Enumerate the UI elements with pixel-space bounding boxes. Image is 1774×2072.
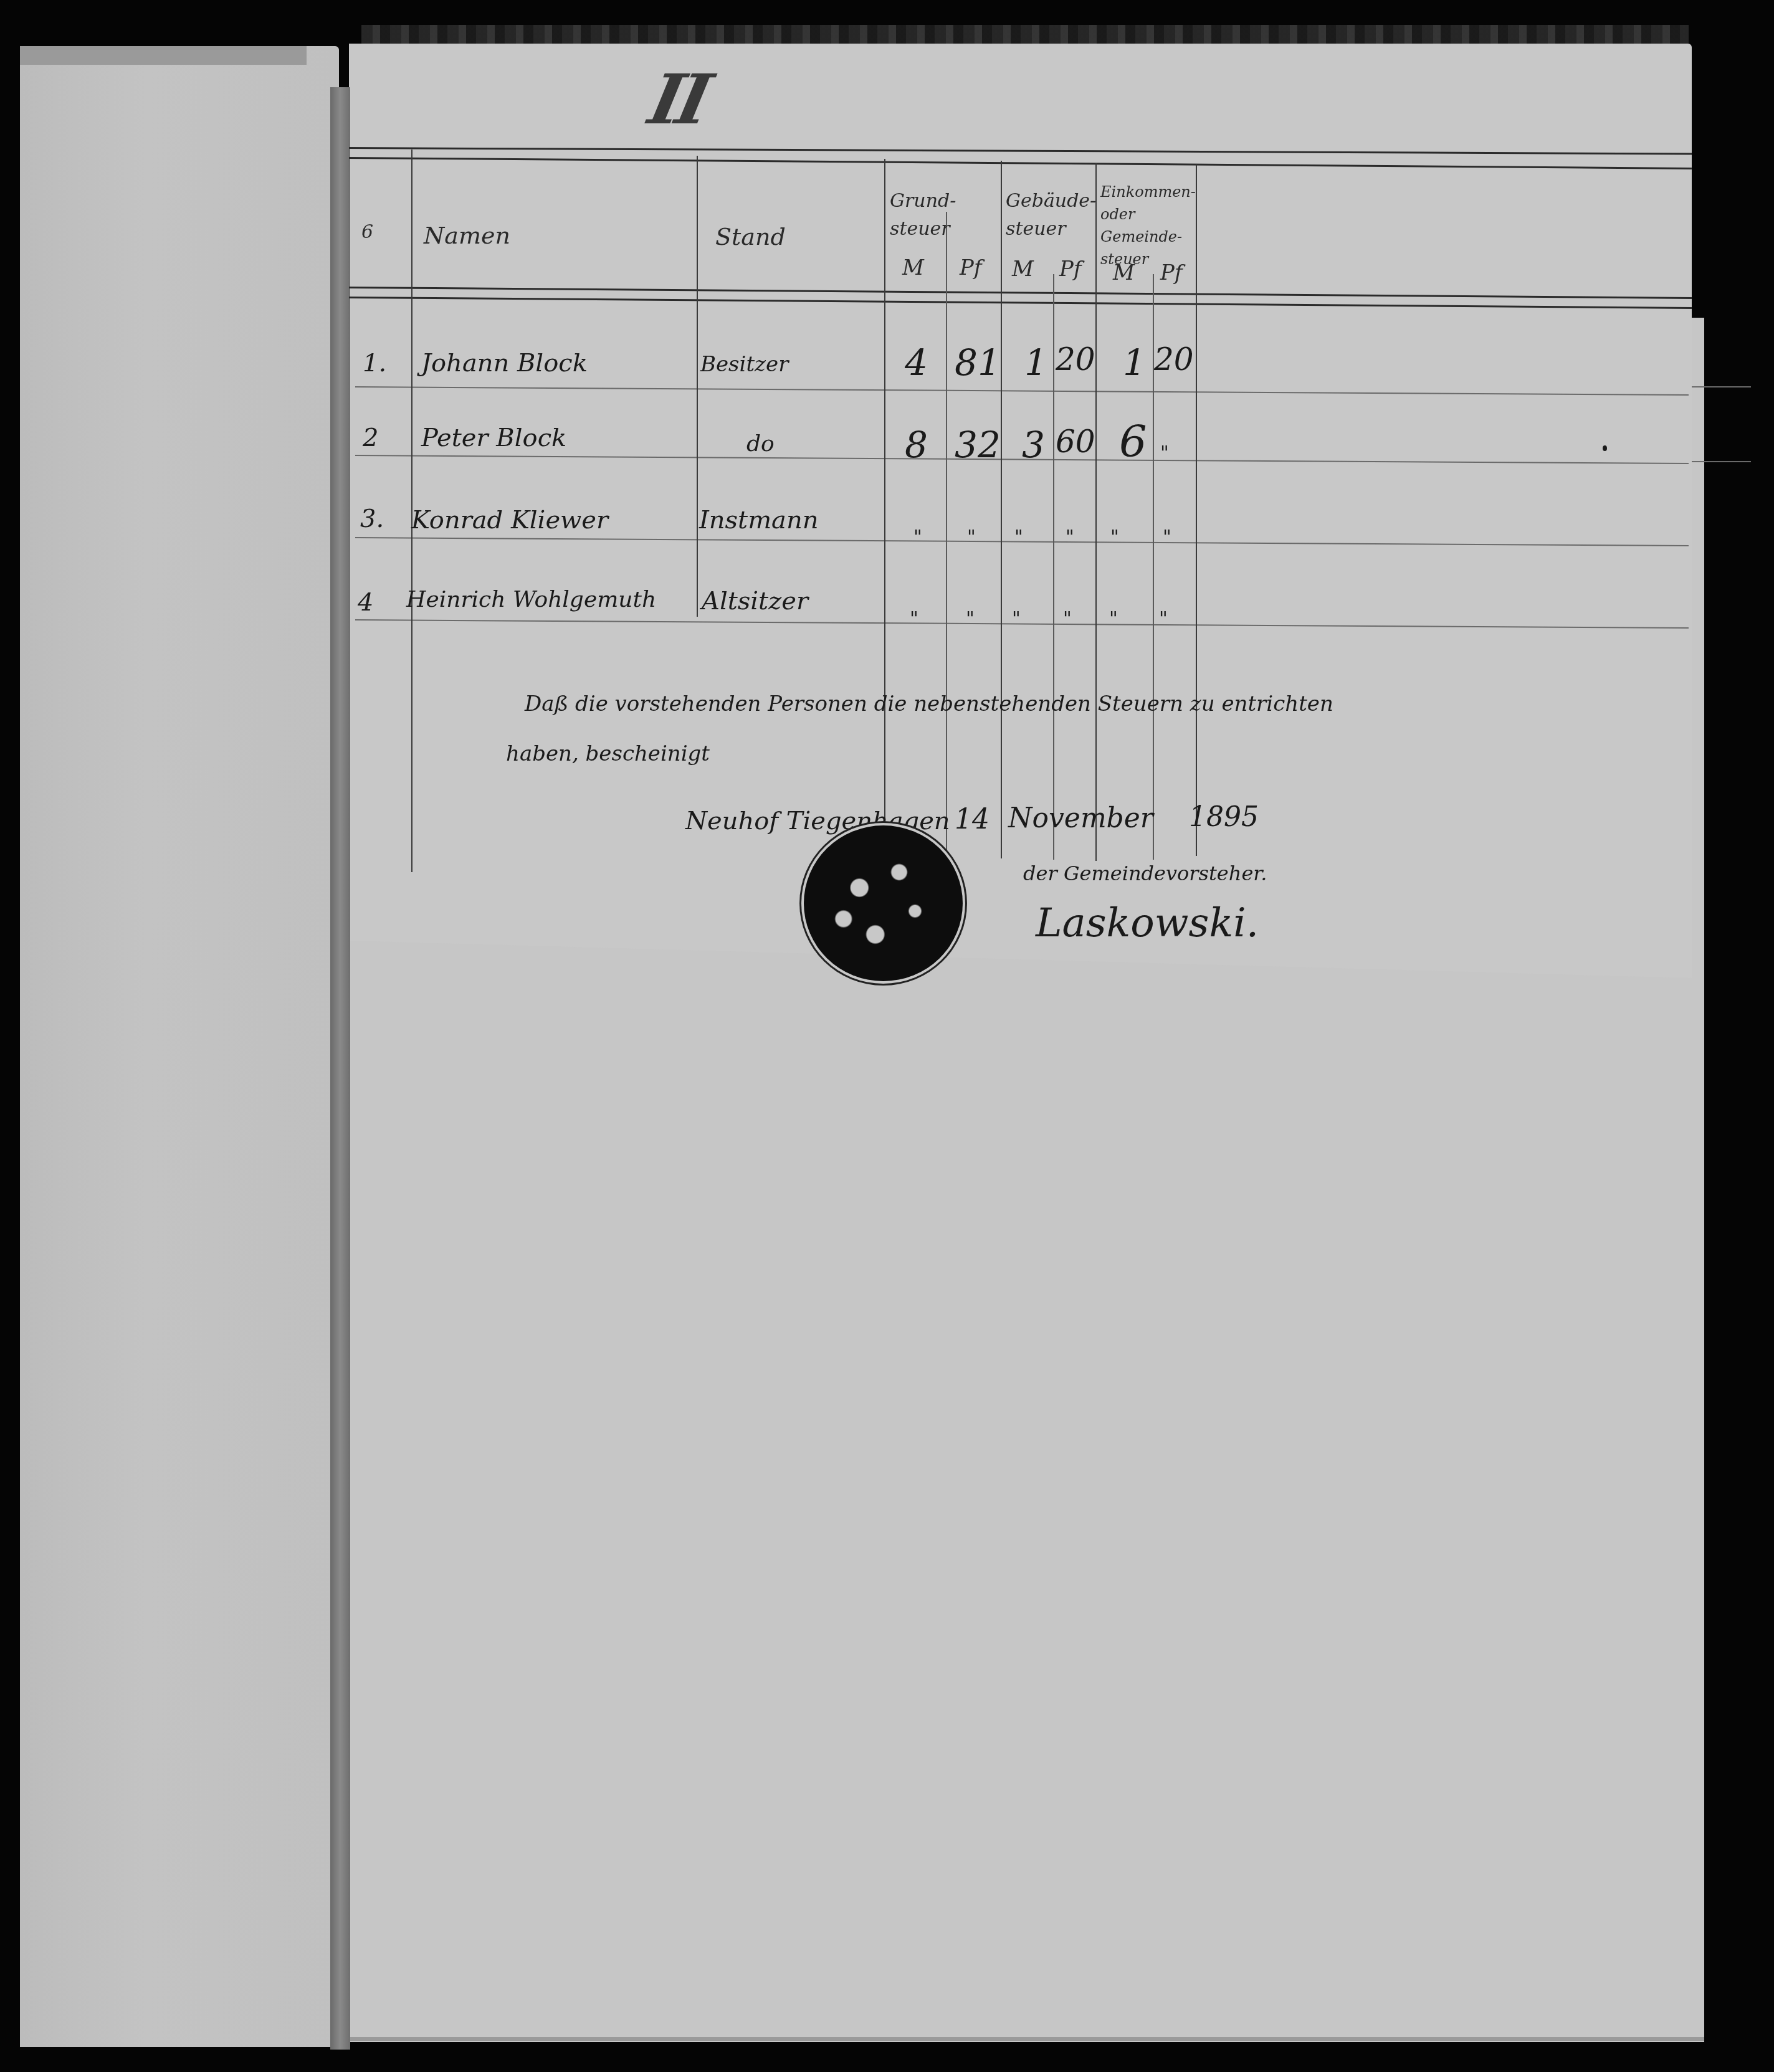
header-stand: Stand [715, 219, 786, 255]
row-geb-pf: 60 [1056, 424, 1095, 460]
row-grund-pf: 81 [955, 341, 1001, 384]
row-geb-pf: 20 [1056, 341, 1095, 378]
official-seal-stamp [804, 825, 963, 981]
row-name: Peter Block [421, 424, 566, 452]
row-name: Konrad Kliewer [411, 506, 608, 535]
row-eink-pf: " [1160, 442, 1169, 464]
row-stand: Besitzer [700, 352, 788, 377]
row-name: Heinrich Wohlgemuth [406, 587, 656, 612]
row-eink-m: " [1110, 526, 1119, 548]
header-grund-pfennig: Pf [960, 255, 981, 280]
row-eink-pf: 20 [1154, 341, 1194, 378]
date-month: November [1008, 802, 1153, 834]
column-rule-geb-sub [1053, 274, 1054, 860]
column-rule-name [697, 156, 698, 617]
header-eink-pfennig: Pf [1160, 260, 1182, 285]
header-eink-mark: M [1113, 260, 1135, 285]
date-year: 1895 [1189, 801, 1259, 833]
row-grund-pf: " [966, 608, 975, 630]
row-eink-m: " [1109, 608, 1118, 630]
row-grund-pf: 32 [955, 424, 1001, 466]
row-eink-pf: " [1163, 526, 1171, 548]
row-nr: 3. [360, 505, 384, 533]
row-geb-m: " [1012, 608, 1021, 630]
row-eink-pf: " [1159, 608, 1168, 630]
ink-speck [1603, 445, 1607, 451]
column-rule-geb [1095, 163, 1097, 861]
row-eink-m: 1 [1123, 341, 1146, 384]
row-grund-m: " [913, 526, 922, 548]
row-geb-pf: " [1063, 608, 1072, 630]
date-day: 14 [955, 804, 990, 835]
signature-name: Laskowski. [1036, 900, 1259, 946]
column-rule-grund-sub [946, 212, 947, 860]
signatory-title: der Gemeindevorsteher. [1023, 862, 1267, 885]
header-grundsteuer: Grund-steuer [890, 187, 996, 243]
row-grund-pf: " [967, 526, 976, 548]
header-geb-mark: M [1012, 257, 1034, 282]
row-grund-m: " [910, 608, 918, 630]
column-rule-grund [1001, 161, 1002, 858]
main-page-bottom-edge [340, 2037, 1704, 2041]
slip-top-shadow [361, 25, 1689, 46]
row-stand: Instmann [699, 506, 818, 535]
row-name: Johann Block [421, 349, 588, 378]
row-stand: do [746, 431, 775, 457]
ruled-line [1692, 386, 1751, 387]
row-eink-m: 6 [1119, 416, 1147, 467]
header-geb-pfennig: Pf [1059, 257, 1081, 282]
certification-line-2: haben, bescheinigt [506, 741, 710, 766]
left-page-top-edge [20, 46, 307, 65]
certification-line-1: Daß die vorstehenden Personen die nebens… [525, 691, 1333, 716]
row-nr: 1. [363, 349, 386, 378]
row-grund-m: 8 [905, 424, 928, 466]
row-nr: 2 [363, 424, 378, 452]
row-stand: Altsitzer [702, 587, 808, 615]
row-geb-m: " [1014, 526, 1023, 548]
header-nr: 6 [361, 218, 373, 246]
row-geb-m: 1 [1024, 341, 1047, 384]
header-gebaeudesteuer: Gebäude-steuer [1006, 187, 1093, 243]
header-einkommensteuer: Einkommen- oder Gemeinde-steuer [1100, 181, 1194, 270]
row-geb-pf: " [1066, 526, 1074, 548]
binding-gutter [330, 87, 350, 2050]
row-grund-m: 4 [905, 341, 928, 384]
column-rule-stand [884, 159, 885, 857]
ruled-line [1692, 461, 1751, 462]
column-rule-eink [1196, 164, 1197, 856]
row-nr: 4 [358, 588, 373, 617]
header-grund-mark: M [902, 255, 924, 280]
header-name: Namen [424, 218, 510, 254]
row-geb-m: 3 [1022, 424, 1045, 466]
left-page-strip [20, 46, 339, 2047]
